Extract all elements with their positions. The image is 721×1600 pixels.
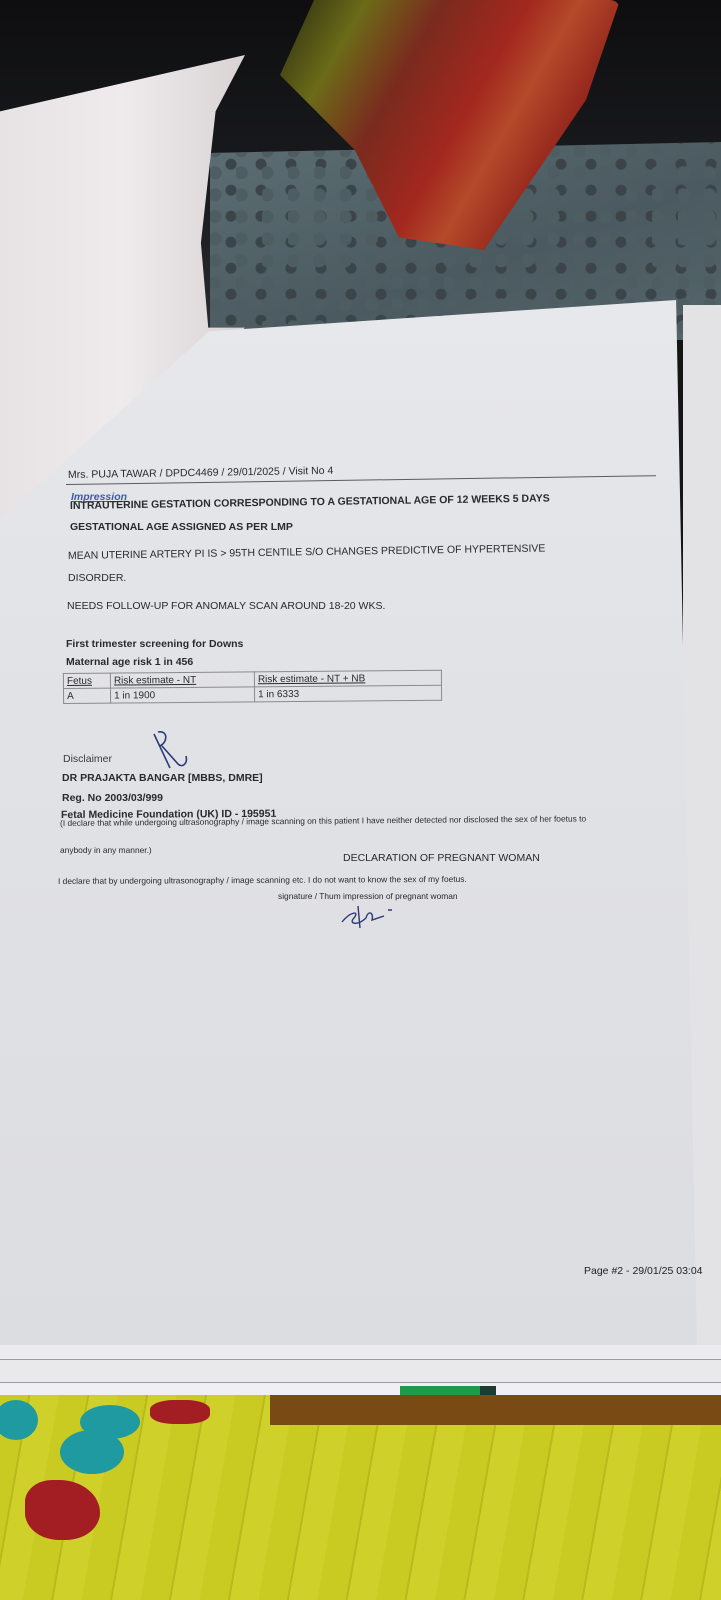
doctor-declaration-line-2: anybody in any manner.)	[60, 845, 152, 855]
patient-signature-icon	[338, 900, 398, 930]
screening-title: First trimester screening for Downs	[66, 638, 243, 650]
cell-fetus: A	[63, 688, 110, 703]
maternal-age-risk: Maternal age risk 1 in 456	[66, 656, 193, 668]
patient-header: Mrs. PUJA TAWAR / DPDC4469 / 29/01/2025 …	[68, 465, 333, 481]
doctor-signature-icon	[148, 728, 194, 772]
col-risk-nt: Risk estimate - NT	[110, 672, 254, 688]
risk-table: Fetus Risk estimate - NT Risk estimate -…	[63, 670, 442, 704]
page-footer: Page #2 - 29/01/25 03:04	[584, 1265, 703, 1277]
doctor-name: DR PRAJAKTA BANGAR [MBBS, DMRE]	[62, 772, 263, 784]
impression-line-4: DISORDER.	[68, 572, 126, 584]
impression-line-1: INTRAUTERINE GESTATION CORRESPONDING TO …	[70, 492, 550, 512]
patient-declaration-title: DECLARATION OF PREGNANT WOMAN	[343, 852, 540, 864]
col-fetus: Fetus	[63, 673, 110, 688]
cell-risk-nt: 1 in 1900	[110, 687, 254, 703]
cell-risk-nt-nb: 1 in 6333	[254, 685, 441, 702]
impression-line-3: MEAN UTERINE ARTERY PI IS > 95TH CENTILE…	[68, 543, 546, 562]
disclaimer-label: Disclaimer	[63, 753, 112, 765]
col-risk-nt-nb: Risk estimate - NT + NB	[254, 670, 441, 687]
impression-line-2: GESTATIONAL AGE ASSIGNED AS PER LMP	[70, 521, 293, 533]
table-row: A 1 in 1900 1 in 6333	[63, 685, 441, 703]
impression-line-5: NEEDS FOLLOW-UP FOR ANOMALY SCAN AROUND …	[67, 600, 385, 612]
medical-report: Mrs. PUJA TAWAR / DPDC4469 / 29/01/2025 …	[0, 0, 721, 1600]
registration-number: Reg. No 2003/03/999	[62, 792, 163, 804]
patient-declaration-text: I declare that by undergoing ultrasonogr…	[58, 874, 467, 886]
